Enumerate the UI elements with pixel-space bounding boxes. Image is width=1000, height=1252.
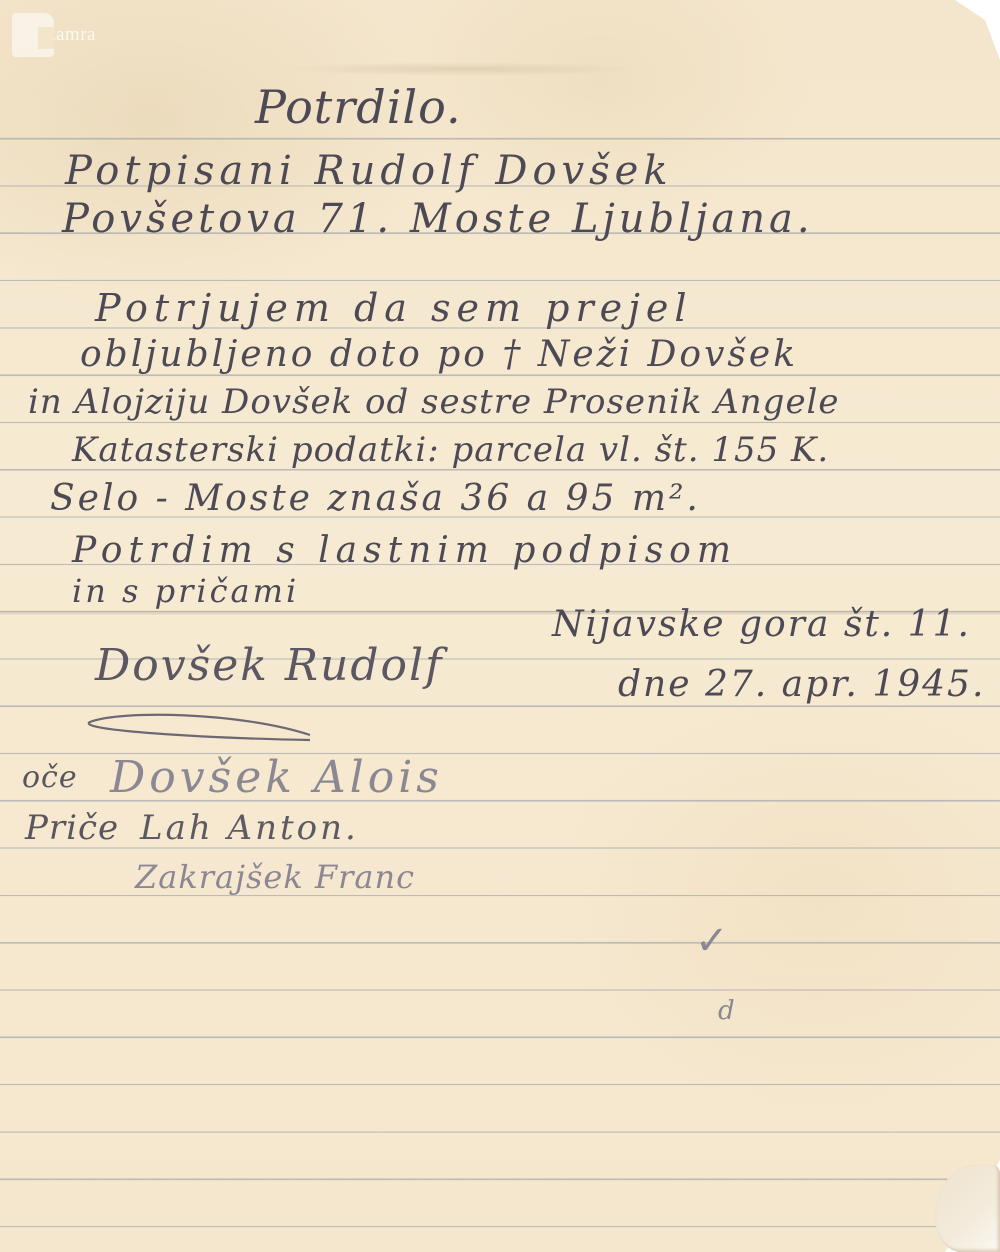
date-line: dne 27. apr. 1945. — [618, 664, 985, 705]
body-line-3: in Alojziju Dovšek od sestre Prosenik An… — [28, 382, 840, 422]
signature-rudolf: Dovšek Rudolf — [95, 640, 443, 691]
header-line-1: Potpisani Rudolf Dovšek — [65, 148, 673, 194]
witness-name-zakrajsek: Zakrajšek Franc — [135, 858, 415, 896]
body-line-7: in s pričami — [72, 572, 299, 610]
kamra-watermark: kamra — [12, 12, 96, 58]
body-line-4: Katasterski podatki: parcela vl. št. 155… — [72, 430, 829, 470]
witness-label-oce: oče — [22, 760, 78, 795]
body-line-2: obljubljeno doto po † Neži Dovšek — [80, 334, 798, 375]
witness-name-dovsek-alois: Dovšek Alois — [110, 752, 443, 803]
small-mark: d — [718, 996, 736, 1026]
signature-flourish — [80, 700, 340, 750]
place-line: Nijavske gora št. 11. — [552, 604, 971, 645]
check-mark: ✓ — [695, 918, 730, 964]
witness-name-lah-anton: Lah Anton. — [140, 808, 359, 848]
body-line-6: Potrdim s lastnim podpisom — [72, 530, 737, 571]
kamra-logo-icon — [12, 13, 54, 57]
body-line-1: Potrjujem da sem prejel — [95, 286, 693, 330]
fold-crease-top — [280, 62, 640, 76]
body-line-5: Selo - Moste znaša 36 a 95 m². — [50, 478, 701, 519]
witness-label-price: Priče — [25, 808, 119, 848]
document-title: Potrdilo. — [255, 80, 462, 134]
header-line-2: Povšetova 71. Moste Ljubljana. — [62, 196, 814, 242]
